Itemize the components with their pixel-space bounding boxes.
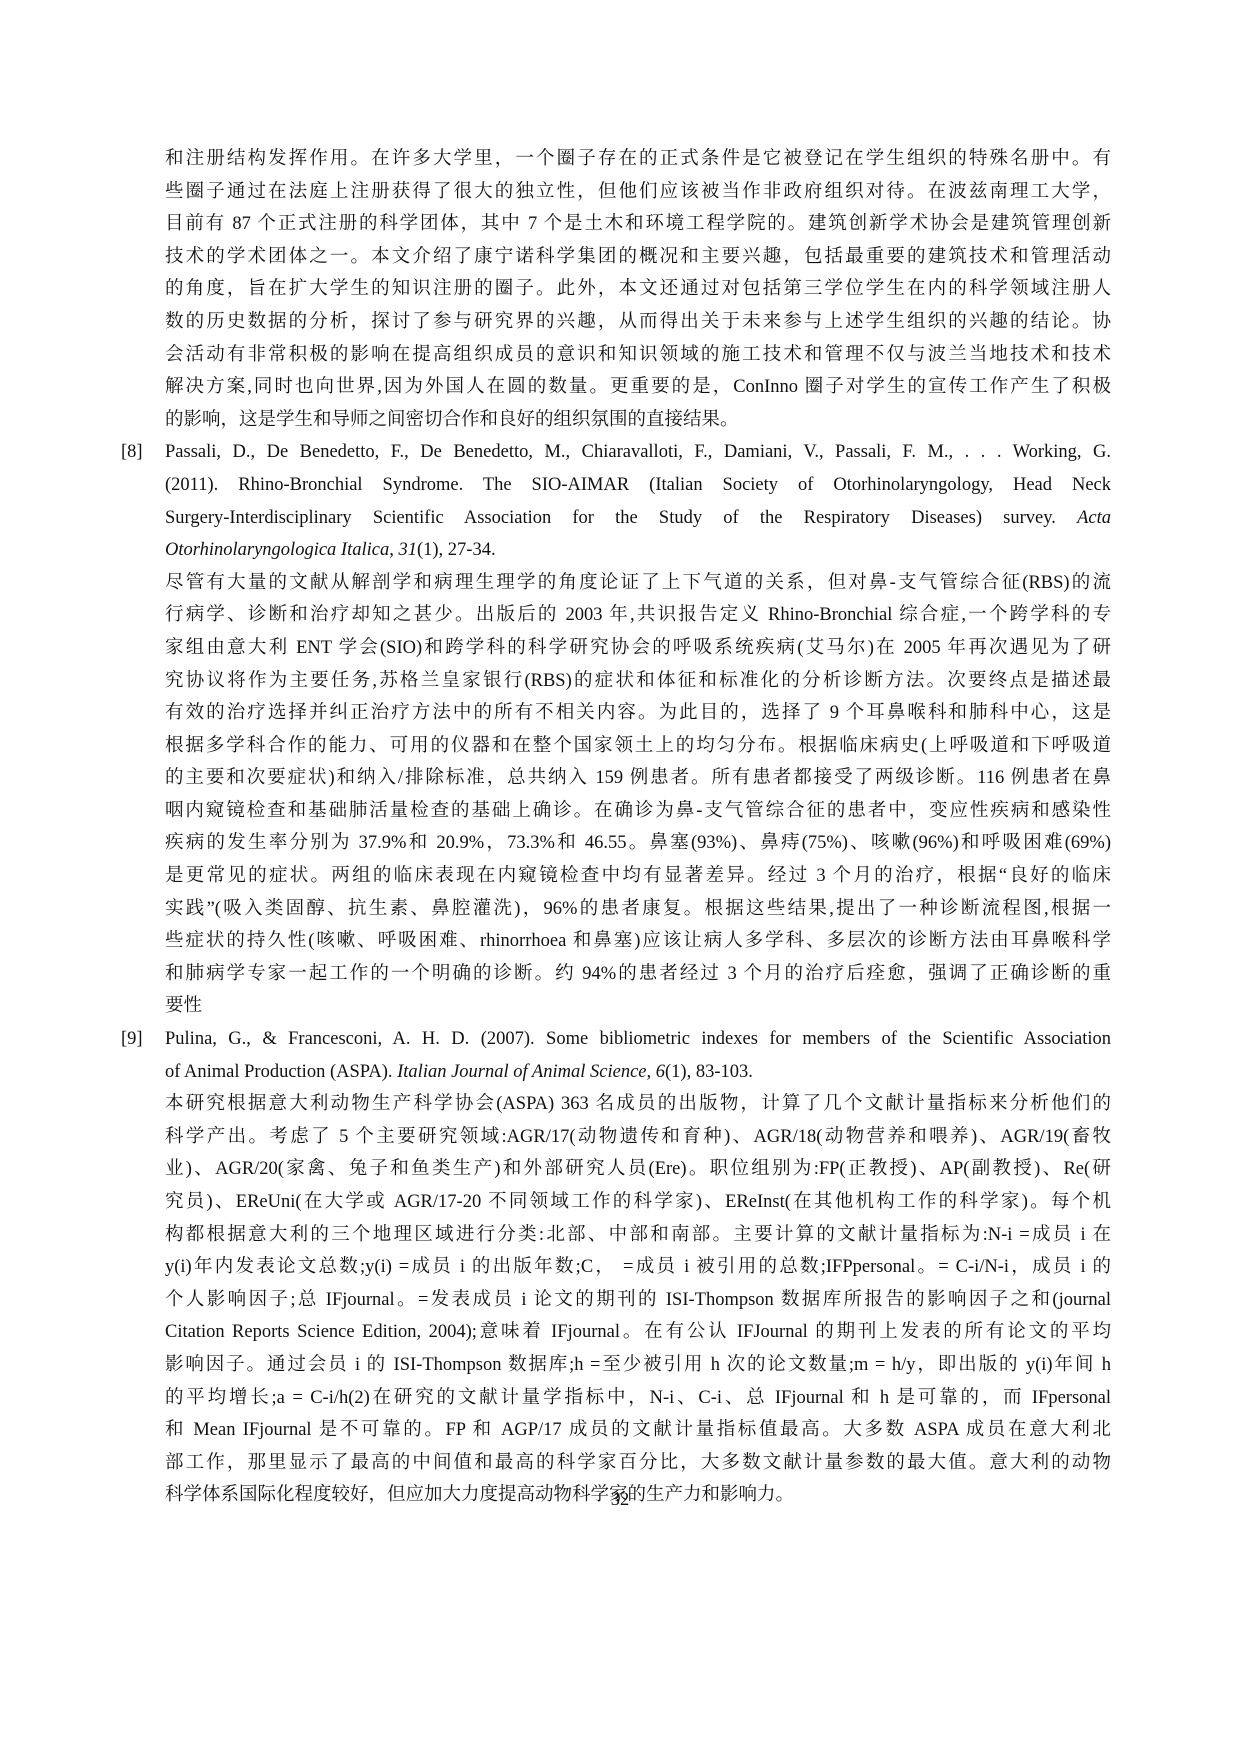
text-line: 个人影响因子;总 IFjournal。=发表成员 i 论文的期刊的 ISI-Th… — [165, 1284, 1111, 1317]
text-line: 的角度，旨在扩大学生的知识注册的圈子。此外，本文还通过对包括第三学位学生在内的科… — [165, 273, 1111, 306]
text-line: 咽内窥镜检查和基础肺活量检查的基础上确诊。在确诊为鼻-支气管综合征的患者中，变应… — [165, 795, 1111, 828]
journal-title: Otorhinolaryngologica Italica, 31 — [165, 540, 417, 560]
citation-text: of Animal Production (ASPA). — [165, 1062, 393, 1082]
text-line: 行病学、诊断和治疗却知之甚少。出版后的 2003 年,共识报告定义 Rhino-… — [165, 599, 1111, 632]
text-line: 目前有 87 个正式注册的科学团体，其中 7 个是土木和环境工程学院的。建筑创新… — [165, 208, 1111, 241]
citation-pages: (1), 27-34. — [417, 540, 496, 560]
text-line: 解决方案,同时也向世界,因为外国人在圆的数量。更重要的是，ConInno 圈子对… — [165, 371, 1111, 404]
text-line: 是更常见的症状。两组的临床表现在内窥镜检查中均有显著差异。经过 3 个月的治疗，… — [165, 860, 1111, 893]
text-line: 究员)、EReUni(在大学或 AGR/17-20 不同领域工作的科学家)、ER… — [165, 1186, 1111, 1219]
citation: Pulina, G., & Francesconi, A. H. D. (200… — [165, 1023, 1111, 1088]
citation: Passali, D., De Benedetto, F., De Benede… — [165, 436, 1111, 566]
text-line: 业)、AGR/20(家禽、兔子和鱼类生产)和外部研究人员(Ere)。职位组别为:… — [165, 1153, 1111, 1186]
journal-title: Acta — [1077, 508, 1111, 528]
text-line: 和 Mean IFjournal 是不可靠的。FP 和 AGP/17 成员的文献… — [165, 1414, 1111, 1447]
text-line: 家组由意大利 ENT 学会(SIO)和跨学科的科学研究协会的呼吸系统疾病(艾马尔… — [165, 632, 1111, 665]
citation-line: Surgery-Interdisciplinary Scientific Ass… — [165, 502, 1111, 535]
reference-number: [8] — [121, 436, 143, 469]
text-line: 和注册结构发挥作用。在许多大学里，一个圈子存在的正式条件是它被登记在学生组织的特… — [165, 143, 1111, 176]
text-line: 尽管有大量的文献从解剖学和病理生理学的角度论证了上下气道的关系，但对鼻-支气管综… — [165, 567, 1111, 600]
text-line: 影响因子。通过会员 i 的 ISI-Thompson 数据库;h =至少被引用 … — [165, 1349, 1111, 1382]
citation-line: of Animal Production (ASPA). Italian Jou… — [165, 1056, 1111, 1089]
citation-pages: (1), 83-103. — [665, 1062, 753, 1082]
text-line: 的主要和次要症状)和纳入/排除标准，总共纳入 159 例患者。所有患者都接受了两… — [165, 762, 1111, 795]
text-line: 实践”(吸入类固醇、抗生素、鼻腔灌洗)，96%的患者康复。根据这些结果,提出了一… — [165, 893, 1111, 926]
text-line: 些症状的持久性(咳嗽、呼吸困难、rhinorrhoea 和鼻塞)应该让病人多学科… — [165, 925, 1111, 958]
reference-8: [8] Passali, D., De Benedetto, F., De Be… — [165, 436, 1111, 1023]
reference-9: [9] Pulina, G., & Francesconi, A. H. D. … — [165, 1023, 1111, 1512]
page-number: 32 — [0, 1488, 1240, 1512]
citation-line: Passali, D., De Benedetto, F., De Benede… — [165, 436, 1111, 469]
text-line: 的平均增长;a = C-i/h(2)在研究的文献计量学指标中，N-i、C-i、总… — [165, 1382, 1111, 1415]
text-line: 要性 — [165, 990, 1111, 1023]
text-line: 和肺病学专家一起工作的一个明确的诊断。约 94%的患者经过 3 个月的治疗后痊愈… — [165, 958, 1111, 991]
citation-line: Otorhinolaryngologica Italica, 31(1), 27… — [165, 534, 1111, 567]
reference-number: [9] — [121, 1023, 143, 1056]
text-line: 疾病的发生率分别为 37.9%和 20.9%，73.3%和 46.55。鼻塞(9… — [165, 827, 1111, 860]
text-line: 本研究根据意大利动物生产科学协会(ASPA) 363 名成员的出版物，计算了几个… — [165, 1088, 1111, 1121]
text-line: 些圈子通过在法庭上注册获得了很大的独立性，但他们应该被当作非政府组织对待。在波兹… — [165, 176, 1111, 209]
text-line: Citation Reports Science Edition, 2004);… — [165, 1316, 1111, 1349]
journal-title: Italian Journal of Animal Science, 6 — [397, 1062, 665, 1082]
text-line: 构都根据意大利的三个地理区域进行分类:北部、中部和南部。主要计算的文献计量指标为… — [165, 1219, 1111, 1252]
text-line: 技术的学术团体之一。本文介绍了康宁诺科学集团的概况和主要兴趣，包括最重要的建筑技… — [165, 241, 1111, 274]
text-line: 部工作，那里显示了最高的中间值和最高的科学家百分比，大多数文献计量参数的最大值。… — [165, 1447, 1111, 1480]
text-line: 究协议将作为主要任务,苏格兰皇家银行(RBS)的症状和体征和标准化的分析诊断方法… — [165, 665, 1111, 698]
text-line: 数的历史数据的分析，探讨了参与研究界的兴趣，从而得出关于未来参与上述学生组织的兴… — [165, 306, 1111, 339]
abstract: 本研究根据意大利动物生产科学协会(ASPA) 363 名成员的出版物，计算了几个… — [165, 1088, 1111, 1512]
text-line: 根据多学科合作的能力、可用的仪器和在整个国家领土上的均匀分布。根据临床病史(上呼… — [165, 730, 1111, 763]
citation-text: Surgery-Interdisciplinary Scientific Ass… — [165, 508, 1056, 528]
text-line: y(i)年内发表论文总数;y(i) =成员 i 的出版年数;C， =成员 i 被… — [165, 1251, 1111, 1284]
abstract: 尽管有大量的文献从解剖学和病理生理学的角度论证了上下气道的关系，但对鼻-支气管综… — [165, 567, 1111, 1023]
text-line: 科学产出。考虑了 5 个主要研究领域:AGR/17(动物遗传和育种)、AGR/1… — [165, 1121, 1111, 1154]
text-line: 的影响，这是学生和导师之间密切合作和良好的组织氛围的直接结果。 — [165, 404, 1111, 437]
text-line: 会活动有非常积极的影响在提高组织成员的意识和知识领域的施工技术和管理不仅与波兰当… — [165, 339, 1111, 372]
citation-line: (2011). Rhino-Bronchial Syndrome. The SI… — [165, 469, 1111, 502]
document-page: 和注册结构发挥作用。在许多大学里，一个圈子存在的正式条件是它被登记在学生组织的特… — [165, 143, 1111, 1512]
citation-line: Pulina, G., & Francesconi, A. H. D. (200… — [165, 1023, 1111, 1056]
text-line: 有效的治疗选择并纠正治疗方法中的所有不相关内容。为此目的，选择了 9 个耳鼻喉科… — [165, 697, 1111, 730]
continuation-paragraph: 和注册结构发挥作用。在许多大学里，一个圈子存在的正式条件是它被登记在学生组织的特… — [165, 143, 1111, 436]
